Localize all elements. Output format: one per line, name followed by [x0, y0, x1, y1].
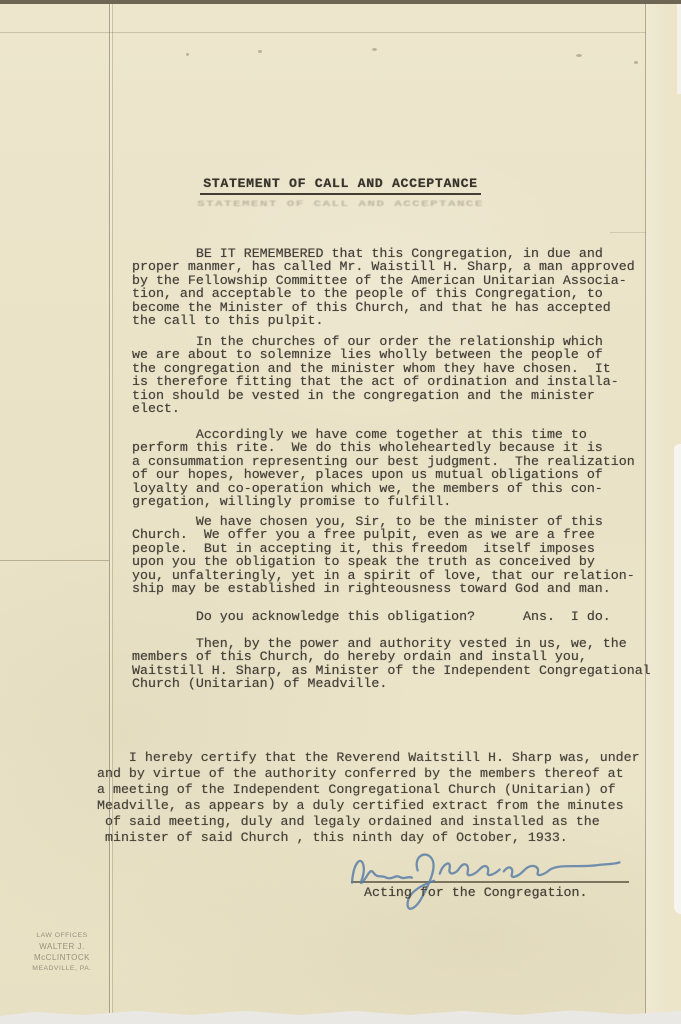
stamp-line-3: MEADVILLE, PA. [14, 963, 110, 974]
paper-speck [372, 48, 377, 51]
title-ghost-impression: STATEMENT OF CALL AND ACCEPTANCE [0, 200, 681, 209]
paragraph-ordain-install: Then, by the power and authority vested … [132, 637, 654, 691]
document-page: STATEMENT OF CALL AND ACCEPTANCE STATEME… [0, 4, 681, 1019]
paragraph-accordingly: Accordingly we have come together at thi… [132, 428, 654, 508]
paragraph-be-it-remembered: BE IT REMEMBERED that this Congregation,… [132, 247, 654, 327]
fold-crease-vertical-left [109, 4, 113, 1019]
fold-crease-horizontal-top [0, 32, 681, 33]
signature-stroke [406, 854, 435, 909]
paragraph-question-answer: Do you acknowledge this obligation? Ans.… [132, 610, 654, 623]
law-office-stamp: LAW OFFICES WALTER J. McCLINTOCK MEADVIL… [14, 930, 110, 974]
paragraph-we-have-chosen: We have chosen you, Sir, to be the minis… [132, 515, 654, 595]
stamp-line-2: WALTER J. McCLINTOCK [14, 941, 110, 963]
stamp-line-1: LAW OFFICES [14, 930, 110, 941]
paper-speck [186, 53, 189, 56]
signature-stroke [439, 862, 499, 877]
certification-paragraph: I hereby certify that the Reverend Waits… [97, 750, 657, 847]
document-title-text: STATEMENT OF CALL AND ACCEPTANCE [200, 176, 481, 195]
fold-crease-horizontal-middle [0, 560, 109, 561]
signature-stroke [504, 862, 620, 877]
paper-speck [634, 61, 638, 64]
paper-edge-highlight [674, 444, 681, 914]
paper-speck [258, 50, 262, 53]
paper-speck [576, 54, 582, 57]
signature-caption: Acting for the Congregation. [364, 885, 587, 900]
signature-stroke [351, 859, 412, 883]
document-title: STATEMENT OF CALL AND ACCEPTANCE [0, 176, 681, 195]
paragraph-in-the-churches: In the churches of our order the relatio… [132, 335, 654, 415]
paper-edge-highlight-top [677, 4, 681, 94]
signature-script [345, 839, 629, 919]
